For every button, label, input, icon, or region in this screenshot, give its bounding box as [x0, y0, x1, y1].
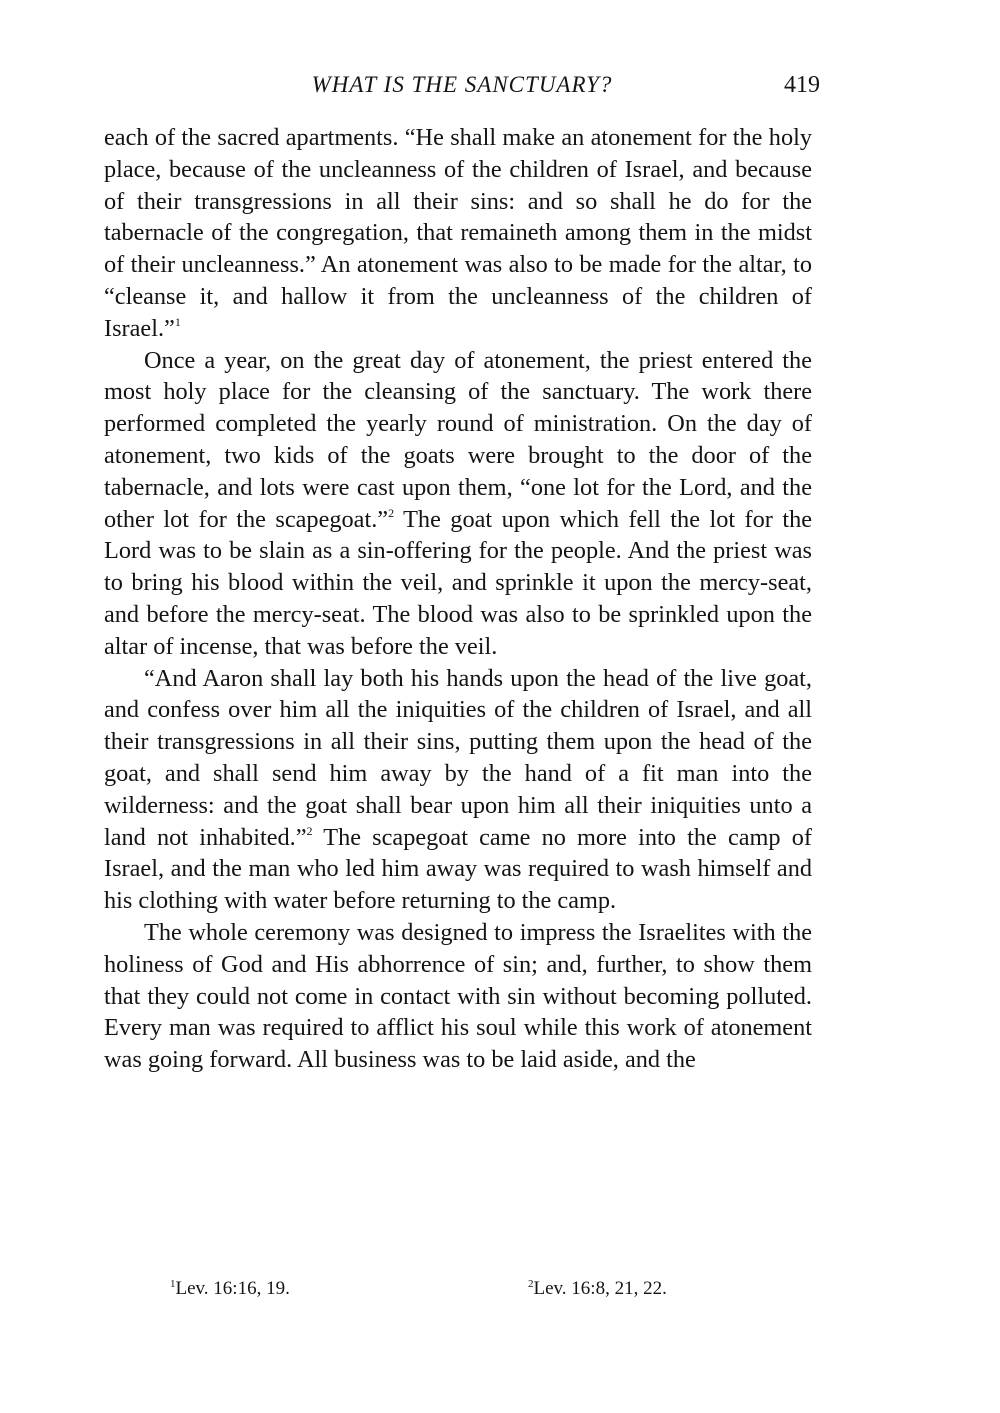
page-header: WHAT IS THE SANCTUARY? 419: [104, 72, 820, 108]
book-page: WHAT IS THE SANCTUARY? 419 each of the s…: [0, 0, 1000, 1413]
paragraph-1: each of the sacred apartments. “He shall…: [104, 122, 812, 345]
paragraph-text: The whole ceremony was designed to impre…: [104, 919, 812, 1073]
footnote-text: Lev. 16:8, 21, 22.: [534, 1278, 667, 1299]
paragraph-3: “And Aaron shall lay both his hands upon…: [104, 663, 812, 917]
footnote-text: Lev. 16:16, 19.: [176, 1278, 290, 1299]
page-number: 419: [784, 72, 820, 99]
running-title: WHAT IS THE SANCTUARY?: [104, 72, 820, 98]
paragraph-2: Once a year, on the great day of atoneme…: [104, 345, 812, 663]
footnote-1: 1Lev. 16:16, 19.: [170, 1278, 290, 1300]
footnote-2: 2Lev. 16:8, 21, 22.: [528, 1278, 667, 1300]
paragraph-4: The whole ceremony was designed to impre…: [104, 917, 812, 1076]
footnote-ref-1: 1: [175, 315, 181, 329]
body-text: each of the sacred apartments. “He shall…: [104, 122, 812, 1076]
paragraph-text: each of the sacred apartments. “He shall…: [104, 124, 812, 342]
